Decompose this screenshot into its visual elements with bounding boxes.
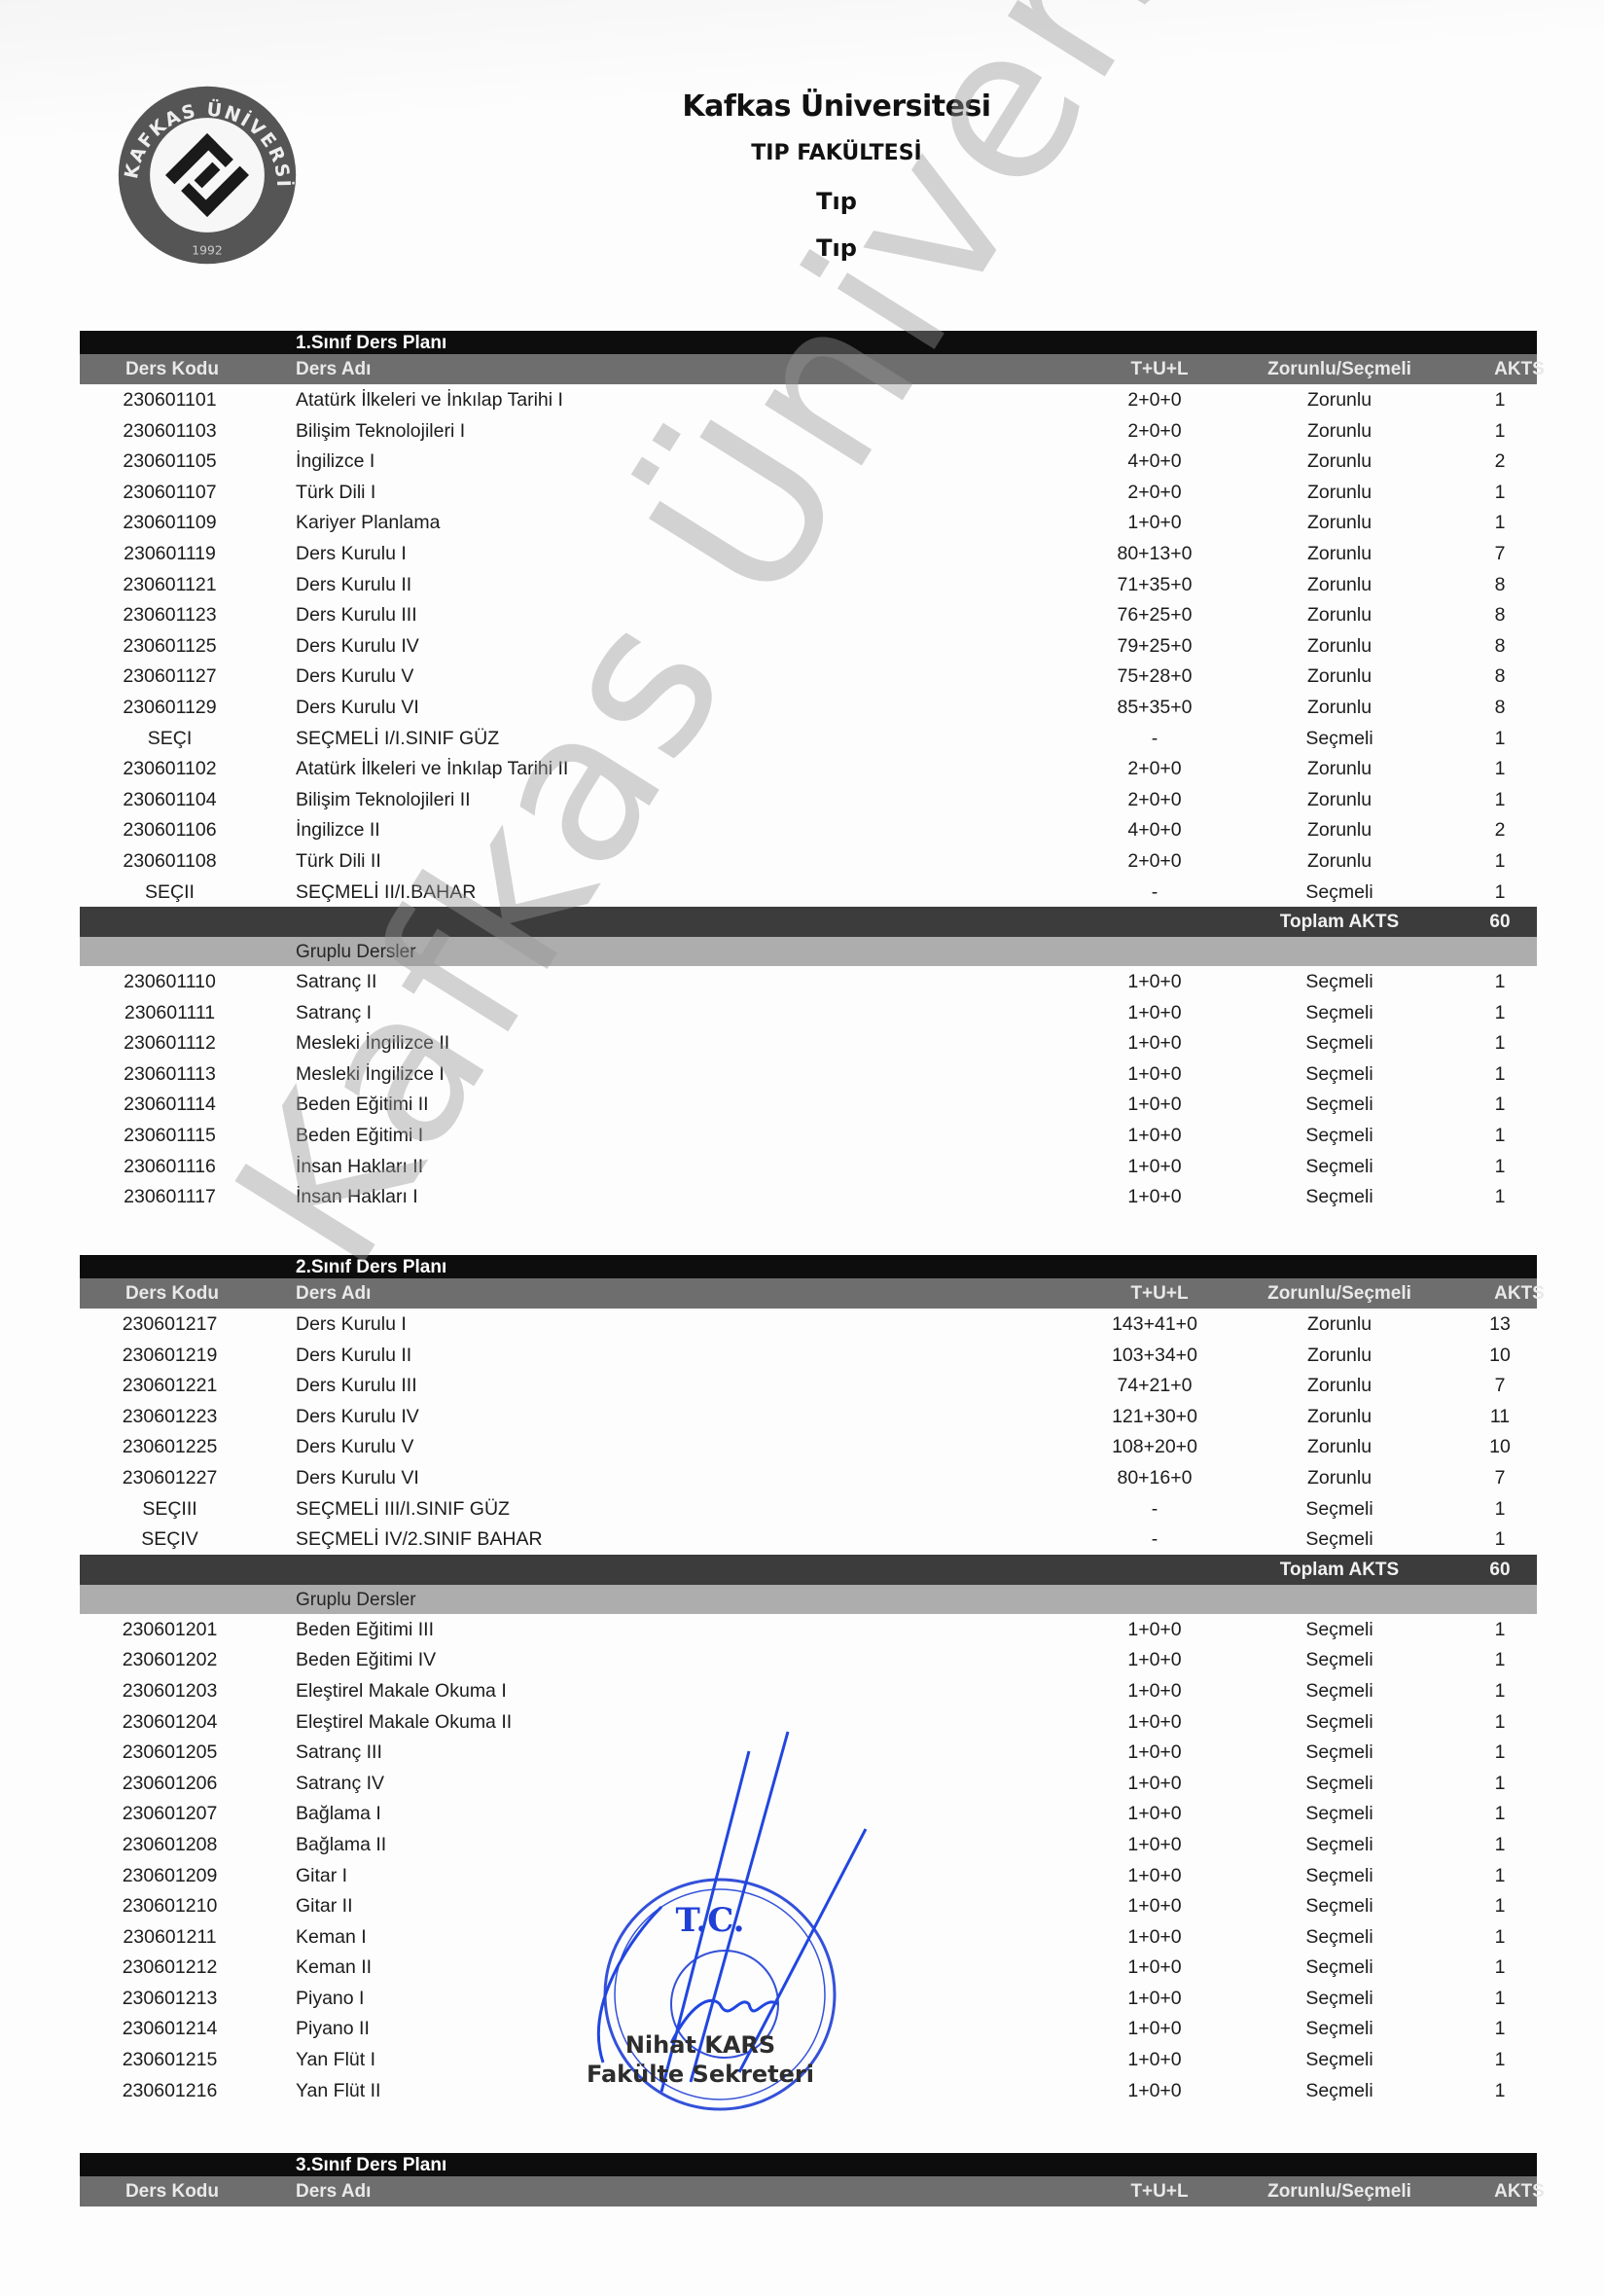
course-code: 230601129	[80, 697, 260, 719]
course-akts: 1	[1422, 1895, 1578, 1918]
course-akts: 1	[1422, 420, 1578, 443]
group-courses-label: Gruplu Dersler	[296, 942, 416, 963]
course-akts: 1	[1422, 1834, 1578, 1856]
course-akts: 7	[1422, 1467, 1578, 1489]
signer-role: Fakülte Sekreteri	[554, 2061, 846, 2088]
class-3-course-plan: 3.Sınıf Ders PlanıDers KoduDers AdıT+U+L…	[80, 2153, 1537, 2206]
course-akts: 1	[1422, 512, 1578, 534]
course-akts: 1	[1422, 1926, 1578, 1949]
course-code: 230601125	[80, 635, 260, 658]
course-code: 230601204	[80, 1711, 260, 1734]
course-akts: 10	[1422, 1345, 1578, 1367]
course-code: 230601115	[80, 1125, 260, 1147]
course-akts: 1	[1422, 2018, 1578, 2040]
col-header-code: Ders Kodu	[80, 2181, 265, 2203]
course-name: Beden Eğitimi I	[296, 1125, 423, 1147]
table-row: 230601227Ders Kurulu VI80+16+0Zorunlu7	[80, 1462, 1537, 1493]
table-row: 230601125Ders Kurulu IV79+25+0Zorunlu8	[80, 630, 1537, 662]
course-akts: 8	[1422, 635, 1578, 658]
course-akts: 1	[1422, 389, 1578, 412]
course-akts: 1	[1422, 1803, 1578, 1825]
col-header-name: Ders Adı	[296, 1283, 371, 1305]
course-name: SEÇMELİ III/I.SINIF GÜZ	[296, 1498, 510, 1521]
table-row: 230601206Satranç IV1+0+0Seçmeli1	[80, 1768, 1537, 1799]
course-akts: 11	[1422, 1406, 1578, 1428]
course-name: İngilizce II	[296, 819, 380, 842]
program-name: Tıp	[0, 234, 1604, 262]
course-code: 230601202	[80, 1649, 260, 1671]
course-code: SEÇIV	[80, 1528, 260, 1551]
course-akts: 1	[1422, 1498, 1578, 1521]
course-akts: 13	[1422, 1313, 1578, 1336]
course-name: Ders Kurulu I	[296, 1313, 407, 1336]
table-row: 230601108Türk Dili II2+0+0Zorunlu1	[80, 845, 1537, 877]
section-title: 1.Sınıf Ders Planı	[296, 333, 446, 354]
table-row: 230601101Atatürk İlkeleri ve İnkılap Tar…	[80, 384, 1537, 415]
course-name: Ders Kurulu V	[296, 665, 413, 688]
col-header-akts: AKTS	[1442, 1283, 1597, 1305]
course-name: Kariyer Planlama	[296, 512, 440, 534]
course-akts: 7	[1422, 543, 1578, 565]
course-code: 230601211	[80, 1926, 260, 1949]
course-code: SEÇI	[80, 728, 260, 750]
course-code: 230601207	[80, 1803, 260, 1825]
course-akts: 1	[1422, 1032, 1578, 1055]
group-courses-bar: Gruplu Dersler	[80, 1585, 1537, 1614]
course-akts: 1	[1422, 1528, 1578, 1551]
section-title: 2.Sınıf Ders Planı	[296, 1257, 446, 1278]
table-row: 230601111Satranç I1+0+0Seçmeli1	[80, 997, 1537, 1028]
table-row: 230601212Keman II1+0+0Seçmeli1	[80, 1952, 1537, 1983]
course-akts: 1	[1422, 2049, 1578, 2071]
col-header-code: Ders Kodu	[80, 359, 265, 380]
table-row: 230601219Ders Kurulu II103+34+0Zorunlu10	[80, 1340, 1537, 1371]
table-row: 230601114Beden Eğitimi II1+0+0Seçmeli1	[80, 1089, 1537, 1120]
table-row: 230601121Ders Kurulu II71+35+0Zorunlu8	[80, 569, 1537, 600]
table-row: 230601221Ders Kurulu III74+21+0Zorunlu7	[80, 1370, 1537, 1401]
table-row: SEÇIIISEÇMELİ III/I.SINIF GÜZ-Seçmeli1	[80, 1493, 1537, 1525]
course-code: 230601113	[80, 1063, 260, 1086]
table-row: 230601105İngilizce I4+0+0Zorunlu2	[80, 446, 1537, 477]
course-code: 230601209	[80, 1865, 260, 1887]
course-akts: 1	[1422, 2080, 1578, 2102]
course-code: 230601208	[80, 1834, 260, 1856]
course-code: 230601221	[80, 1375, 260, 1397]
column-header-bar: Ders KoduDers AdıT+U+LZorunlu/SeçmeliAKT…	[80, 354, 1537, 384]
table-row: 230601225Ders Kurulu V108+20+0Zorunlu10	[80, 1431, 1537, 1462]
table-row: 230601106İngilizce II4+0+0Zorunlu2	[80, 814, 1537, 845]
table-row: 230601119Ders Kurulu I80+13+0Zorunlu7	[80, 538, 1537, 569]
course-code: 230601110	[80, 971, 260, 993]
table-row: 230601107Türk Dili I2+0+0Zorunlu1	[80, 477, 1537, 508]
table-row: 230601209Gitar I1+0+0Seçmeli1	[80, 1860, 1537, 1891]
department-name: Tıp	[0, 188, 1604, 215]
course-code: SEÇII	[80, 881, 260, 904]
signer-name: Nihat KARS	[554, 2031, 846, 2059]
class-1-course-plan: 1.Sınıf Ders PlanıDers KoduDers AdıT+U+L…	[80, 331, 1537, 1212]
table-row: 230601201Beden Eğitimi III1+0+0Seçmeli1	[80, 1614, 1537, 1645]
course-code: 230601225	[80, 1436, 260, 1458]
course-akts: 1	[1422, 1988, 1578, 2010]
table-row: 230601202Beden Eğitimi IV1+0+0Seçmeli1	[80, 1644, 1537, 1675]
course-akts: 1	[1422, 881, 1578, 904]
total-akts-bar: Toplam AKTS60	[80, 907, 1537, 937]
university-name: Kafkas Üniversitesi	[0, 90, 1604, 124]
course-name: Eleştirel Makale Okuma II	[296, 1711, 512, 1734]
course-code: 230601212	[80, 1956, 260, 1979]
table-row: 230601213Piyano I1+0+0Seçmeli1	[80, 1983, 1537, 2014]
course-akts: 10	[1422, 1436, 1578, 1458]
course-code: 230601114	[80, 1094, 260, 1116]
col-header-type: Zorunlu/Seçmeli	[1198, 359, 1480, 380]
course-akts: 2	[1422, 819, 1578, 842]
col-header-name: Ders Adı	[296, 2181, 371, 2203]
course-akts: 1	[1422, 1773, 1578, 1795]
course-code: 230601219	[80, 1345, 260, 1367]
table-row: 230601217Ders Kurulu I143+41+0Zorunlu13	[80, 1309, 1537, 1340]
course-name: Satranç I	[296, 1002, 372, 1024]
table-row: 230601211Keman I1+0+0Seçmeli1	[80, 1921, 1537, 1953]
course-name: Bilişim Teknolojileri I	[296, 420, 465, 443]
course-name: Piyano I	[296, 1988, 364, 2010]
course-name: Ders Kurulu II	[296, 1345, 411, 1367]
course-name: Beden Eğitimi III	[296, 1619, 434, 1641]
course-name: SEÇMELİ I/I.SINIF GÜZ	[296, 728, 499, 750]
table-row: SEÇISEÇMELİ I/I.SINIF GÜZ-Seçmeli1	[80, 723, 1537, 754]
course-akts: 1	[1422, 1680, 1578, 1703]
course-name: Bağlama I	[296, 1803, 381, 1825]
course-code: 230601216	[80, 2080, 260, 2102]
course-code: 230601117	[80, 1186, 260, 1208]
table-row: 230601208Bağlama II1+0+0Seçmeli1	[80, 1829, 1537, 1860]
course-code: 230601227	[80, 1467, 260, 1489]
table-row: 230601103Bilişim Teknolojileri I2+0+0Zor…	[80, 415, 1537, 447]
course-code: 230601104	[80, 789, 260, 811]
course-akts: 2	[1422, 450, 1578, 473]
course-name: SEÇMELİ IV/2.SINIF BAHAR	[296, 1528, 543, 1551]
course-name: Ders Kurulu I	[296, 543, 407, 565]
faculty-name: TIP FAKÜLTESİ	[0, 141, 1604, 165]
course-code: SEÇIII	[80, 1498, 260, 1521]
section-title-bar: 1.Sınıf Ders Planı	[80, 331, 1537, 354]
course-code: 230601217	[80, 1313, 260, 1336]
column-header-bar: Ders KoduDers AdıT+U+LZorunlu/SeçmeliAKT…	[80, 2176, 1537, 2206]
course-code: 230601201	[80, 1619, 260, 1641]
col-header-akts: AKTS	[1442, 2181, 1597, 2203]
col-header-type: Zorunlu/Seçmeli	[1198, 2181, 1480, 2203]
table-row: 230601129Ders Kurulu VI85+35+0Zorunlu8	[80, 692, 1537, 723]
column-header-bar: Ders KoduDers AdıT+U+LZorunlu/SeçmeliAKT…	[80, 1278, 1537, 1309]
course-akts: 1	[1422, 1619, 1578, 1641]
course-akts: 1	[1422, 1741, 1578, 1764]
col-header-type: Zorunlu/Seçmeli	[1198, 1283, 1480, 1305]
course-code: 230601111	[80, 1002, 260, 1024]
course-code: 230601105	[80, 450, 260, 473]
course-code: 230601223	[80, 1406, 260, 1428]
course-name: Atatürk İlkeleri ve İnkılap Tarihi II	[296, 758, 568, 780]
course-name: Ders Kurulu V	[296, 1436, 413, 1458]
course-code: 230601107	[80, 482, 260, 504]
course-name: Gitar I	[296, 1865, 347, 1887]
course-code: 230601109	[80, 512, 260, 534]
table-row: 230601112Mesleki İngilizce II1+0+0Seçmel…	[80, 1027, 1537, 1058]
table-row: 230601110Satranç II1+0+0Seçmeli1	[80, 966, 1537, 997]
table-row: 230601115Beden Eğitimi I1+0+0Seçmeli1	[80, 1120, 1537, 1151]
group-courses-bar: Gruplu Dersler	[80, 937, 1537, 966]
course-akts: 1	[1422, 789, 1578, 811]
table-row: SEÇIISEÇMELİ II/I.BAHAR-Seçmeli1	[80, 877, 1537, 908]
table-row: 230601207Bağlama I1+0+0Seçmeli1	[80, 1798, 1537, 1829]
section-title: 3.Sınıf Ders Planı	[296, 2155, 446, 2176]
course-akts: 8	[1422, 665, 1578, 688]
course-akts: 1	[1422, 1156, 1578, 1178]
course-code: 230601123	[80, 604, 260, 627]
course-akts: 1	[1422, 971, 1578, 993]
course-name: Ders Kurulu III	[296, 604, 417, 627]
course-code: 230601206	[80, 1773, 260, 1795]
section-title-bar: 2.Sınıf Ders Planı	[80, 1255, 1537, 1278]
course-name: Gitar II	[296, 1895, 353, 1918]
course-name: Türk Dili I	[296, 482, 375, 504]
table-row: SEÇIVSEÇMELİ IV/2.SINIF BAHAR-Seçmeli1	[80, 1524, 1537, 1555]
course-akts: 1	[1422, 1711, 1578, 1734]
course-code: 230601214	[80, 2018, 260, 2040]
course-code: 230601127	[80, 665, 260, 688]
course-name: Ders Kurulu VI	[296, 1467, 419, 1489]
course-name: Bağlama II	[296, 1834, 386, 1856]
course-akts: 7	[1422, 1375, 1578, 1397]
table-row: 230601102Atatürk İlkeleri ve İnkılap Tar…	[80, 753, 1537, 784]
course-code: 230601203	[80, 1680, 260, 1703]
course-name: Beden Eğitimi II	[296, 1094, 429, 1116]
group-courses-label: Gruplu Dersler	[296, 1590, 416, 1611]
course-akts: 1	[1422, 1094, 1578, 1116]
course-akts: 1	[1422, 1649, 1578, 1671]
table-row: 230601117İnsan Hakları I1+0+0Seçmeli1	[80, 1181, 1537, 1212]
course-name: İngilizce I	[296, 450, 374, 473]
table-row: 230601204Eleştirel Makale Okuma II1+0+0S…	[80, 1706, 1537, 1738]
course-code: 230601108	[80, 850, 260, 873]
table-row: 230601109Kariyer Planlama1+0+0Zorunlu1	[80, 507, 1537, 538]
table-row: 230601210Gitar II1+0+0Seçmeli1	[80, 1890, 1537, 1921]
course-name: Ders Kurulu IV	[296, 1406, 419, 1428]
course-code: 230601213	[80, 1988, 260, 2010]
total-akts-bar: Toplam AKTS60	[80, 1555, 1537, 1585]
course-name: SEÇMELİ II/I.BAHAR	[296, 881, 476, 904]
total-akts-value: 60	[1422, 912, 1578, 933]
course-akts: 1	[1422, 1865, 1578, 1887]
course-name: Yan Flüt II	[296, 2080, 380, 2102]
col-header-name: Ders Adı	[296, 359, 371, 380]
table-row: 230601104Bilişim Teknolojileri II2+0+0Zo…	[80, 784, 1537, 815]
course-code: 230601102	[80, 758, 260, 780]
course-akts: 1	[1422, 728, 1578, 750]
table-row: 230601223Ders Kurulu IV121+30+0Zorunlu11	[80, 1401, 1537, 1432]
table-row: 230601113Mesleki İngilizce I1+0+0Seçmeli…	[80, 1058, 1537, 1090]
course-code: 230601119	[80, 543, 260, 565]
course-akts: 8	[1422, 697, 1578, 719]
course-name: Ders Kurulu VI	[296, 697, 419, 719]
table-row: 230601123Ders Kurulu III76+25+0Zorunlu8	[80, 599, 1537, 630]
course-name: Keman II	[296, 1956, 372, 1979]
course-akts: 8	[1422, 574, 1578, 596]
course-name: İnsan Hakları I	[296, 1186, 418, 1208]
course-name: Satranç III	[296, 1741, 382, 1764]
course-name: Bilişim Teknolojileri II	[296, 789, 471, 811]
course-name: Mesleki İngilizce I	[296, 1063, 445, 1086]
course-name: Beden Eğitimi IV	[296, 1649, 436, 1671]
course-akts: 8	[1422, 604, 1578, 627]
course-name: Keman I	[296, 1926, 367, 1949]
course-code: 230601101	[80, 389, 260, 412]
course-code: 230601121	[80, 574, 260, 596]
course-akts: 1	[1422, 1125, 1578, 1147]
total-akts-value: 60	[1422, 1560, 1578, 1581]
course-name: İnsan Hakları II	[296, 1156, 423, 1178]
course-akts: 1	[1422, 482, 1578, 504]
table-row: 230601127Ders Kurulu V75+28+0Zorunlu8	[80, 661, 1537, 692]
table-row: 230601205Satranç III1+0+0Seçmeli1	[80, 1737, 1537, 1768]
course-akts: 1	[1422, 850, 1578, 873]
course-code: 230601116	[80, 1156, 260, 1178]
col-header-akts: AKTS	[1442, 359, 1597, 380]
course-name: Ders Kurulu III	[296, 1375, 417, 1397]
course-name: Ders Kurulu IV	[296, 635, 419, 658]
table-row: 230601116İnsan Hakları II1+0+0Seçmeli1	[80, 1151, 1537, 1182]
table-row: 230601203Eleştirel Makale Okuma I1+0+0Se…	[80, 1675, 1537, 1706]
course-akts: 1	[1422, 1186, 1578, 1208]
course-code: 230601205	[80, 1741, 260, 1764]
course-code: 230601106	[80, 819, 260, 842]
section-title-bar: 3.Sınıf Ders Planı	[80, 2153, 1537, 2176]
col-header-code: Ders Kodu	[80, 1283, 265, 1305]
course-name: Satranç IV	[296, 1773, 384, 1795]
course-name: Türk Dili II	[296, 850, 381, 873]
course-code: 230601112	[80, 1032, 260, 1055]
course-code: 230601210	[80, 1895, 260, 1918]
course-name: Eleştirel Makale Okuma I	[296, 1680, 507, 1703]
course-name: Satranç II	[296, 971, 376, 993]
course-akts: 1	[1422, 1956, 1578, 1979]
course-name: Piyano II	[296, 2018, 370, 2040]
course-name: Ders Kurulu II	[296, 574, 411, 596]
course-name: Atatürk İlkeleri ve İnkılap Tarihi I	[296, 389, 563, 412]
course-code: 230601215	[80, 2049, 260, 2071]
course-name: Yan Flüt I	[296, 2049, 375, 2071]
course-akts: 1	[1422, 1002, 1578, 1024]
course-akts: 1	[1422, 1063, 1578, 1086]
class-2-course-plan: 2.Sınıf Ders PlanıDers KoduDers AdıT+U+L…	[80, 1255, 1537, 2105]
course-name: Mesleki İngilizce II	[296, 1032, 449, 1055]
course-akts: 1	[1422, 758, 1578, 780]
course-code: 230601103	[80, 420, 260, 443]
